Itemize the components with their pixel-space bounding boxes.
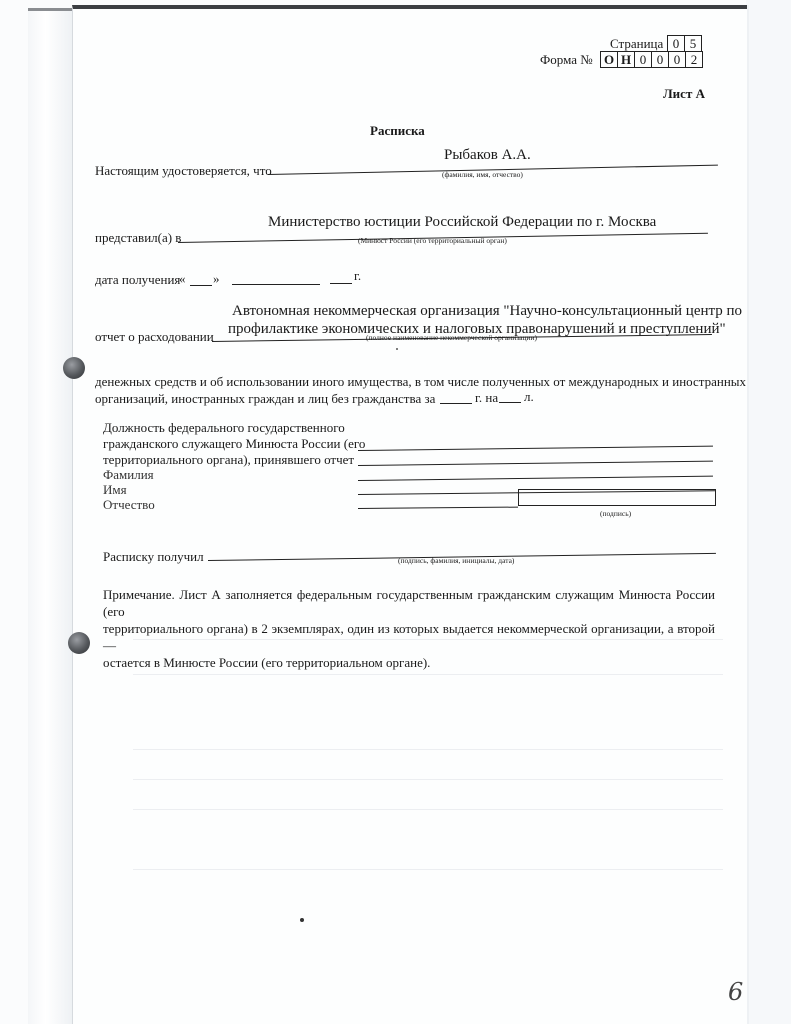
report-value-line1[interactable]: Автономная некоммерческая организация "Н… (232, 303, 742, 320)
show-through-line (133, 869, 723, 870)
note-line: территориального органа) в 2 экземплярах… (103, 620, 715, 654)
form-digit: Н (618, 52, 635, 67)
note-line: Примечание. Лист А заполняется федеральн… (103, 586, 715, 620)
certify-hint: (фамилия, имя, отчество) (442, 170, 523, 179)
signature-box[interactable] (518, 489, 716, 506)
show-through-line (133, 779, 723, 780)
note-paragraph: Примечание. Лист А заполняется федеральн… (103, 586, 715, 671)
scan-margin (746, 0, 791, 1024)
sheet-label: Лист А (663, 86, 705, 102)
form-digit: 0 (669, 52, 686, 67)
funds-text-line1: денежных средств и об использовании иног… (95, 374, 746, 390)
funds-period-field[interactable] (499, 402, 521, 403)
page-digit: 5 (685, 36, 701, 51)
date-open-quote: « (179, 271, 186, 287)
funds-text-line2-b: г. на (475, 390, 498, 406)
report-label: отчет о расходовании (95, 329, 214, 345)
surname-label: Фамилия (103, 467, 154, 483)
report-hint: (полное наименование некоммерческой орга… (366, 333, 537, 342)
date-year-field[interactable] (330, 283, 352, 284)
binder-hole-icon (68, 632, 90, 654)
handwritten-page-number: 6 (728, 978, 743, 1006)
submitted-value[interactable]: Министерство юстиции Российской Федераци… (268, 214, 656, 231)
funds-year-field[interactable] (440, 403, 472, 404)
page-digit: 0 (668, 36, 685, 51)
patronymic-label: Отчество (103, 497, 155, 513)
binder-strip (28, 8, 72, 1024)
date-close-quote: » (213, 271, 220, 287)
official-label-2: гражданского служащего Минюста России (е… (103, 436, 365, 452)
form-digit: 0 (652, 52, 669, 67)
ink-speck (396, 348, 398, 350)
form-digit: 0 (635, 52, 652, 67)
signature-hint: (подпись) (600, 509, 631, 518)
show-through-line (133, 674, 723, 675)
name-label: Имя (103, 482, 127, 498)
ink-speck (300, 918, 304, 922)
date-month-field[interactable] (232, 284, 320, 285)
page-label: Страница (610, 36, 663, 52)
form-number-cells: О Н 0 0 0 2 (600, 51, 703, 68)
page-number-cells: 0 5 (667, 35, 702, 52)
submitted-label: представил(а) в (95, 230, 181, 246)
date-year-suffix: г. (354, 268, 361, 284)
show-through-line (133, 749, 723, 750)
date-day-field[interactable] (190, 285, 212, 286)
funds-text-line2-a: организаций, иностранных граждан и лиц б… (95, 391, 435, 407)
received-hint: (подпись, фамилия, инициалы, дата) (398, 556, 514, 565)
form-digit: О (601, 52, 618, 67)
official-label-3: территориального органа), принявшего отч… (103, 452, 354, 468)
funds-text-line2-c: л. (524, 389, 534, 405)
binder-hole-icon (63, 357, 85, 379)
official-label-1: Должность федерального государственного (103, 420, 345, 436)
date-label: дата получения (95, 272, 180, 288)
note-line: остается в Минюсте России (его территори… (103, 654, 715, 671)
form-digit: 2 (686, 52, 702, 67)
submitted-hint: (Минюст России (его территориальный орга… (358, 236, 507, 245)
show-through-line (133, 809, 723, 810)
form-label: Форма № (540, 52, 593, 68)
document-title: Расписка (370, 123, 425, 139)
received-label: Расписку получил (103, 549, 204, 565)
document-page (72, 5, 747, 1024)
certify-value[interactable]: Рыбаков А.А. (444, 147, 531, 164)
certify-label: Настоящим удостоверяется, что (95, 163, 272, 179)
